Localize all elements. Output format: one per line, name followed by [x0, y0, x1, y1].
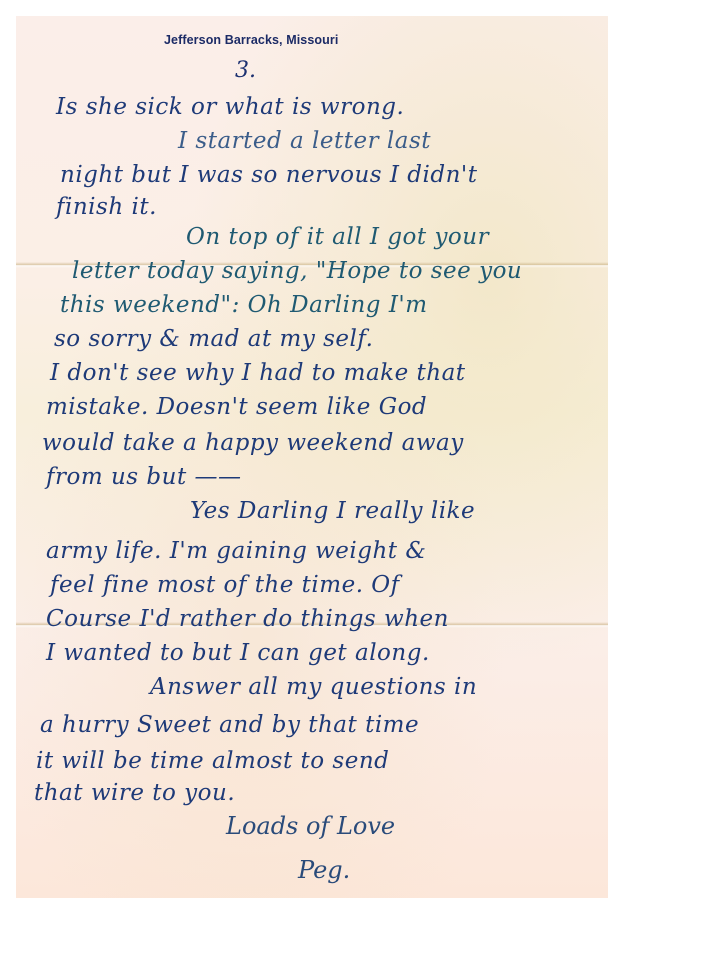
letter-line: army life. I'm gaining weight &: [46, 538, 426, 564]
letter-line: Yes Darling I really like: [190, 498, 475, 524]
page-number: 3.: [235, 58, 256, 83]
letter-sheet: Jefferson Barracks, Missouri 3. Is she s…: [16, 16, 608, 898]
letterhead: Jefferson Barracks, Missouri: [164, 33, 338, 47]
letter-line: Answer all my questions in: [150, 674, 477, 700]
letter-line: from us but ——: [46, 464, 242, 490]
letter-line: so sorry & mad at my self.: [54, 326, 373, 352]
letter-line: letter today saying, "Hope to see you: [72, 258, 522, 284]
letter-line: mistake. Doesn't seem like God: [46, 394, 427, 420]
letter-line: night but I was so nervous I didn't: [60, 162, 477, 188]
letter-line: feel fine most of the time. Of: [50, 572, 400, 598]
letter-closing: Loads of Love: [226, 812, 395, 840]
letter-line: I wanted to but I can get along.: [46, 640, 430, 666]
letter-line: that wire to you.: [34, 780, 235, 806]
letter-line: it will be time almost to send: [36, 748, 389, 774]
page: Jefferson Barracks, Missouri 3. Is she s…: [0, 0, 720, 960]
letter-line: Is she sick or what is wrong.: [56, 94, 404, 120]
letter-line: a hurry Sweet and by that time: [40, 712, 419, 738]
letter-line: I started a letter last: [178, 128, 431, 154]
letter-line: Course I'd rather do things when: [46, 606, 449, 632]
letter-line: finish it.: [56, 194, 157, 220]
letter-line: would take a happy weekend away: [42, 430, 464, 456]
letter-line: I don't see why I had to make that: [50, 360, 466, 386]
signature: Peg.: [298, 856, 350, 884]
letter-line: this weekend": Oh Darling I'm: [60, 292, 428, 318]
letter-line: On top of it all I got your: [186, 224, 489, 250]
